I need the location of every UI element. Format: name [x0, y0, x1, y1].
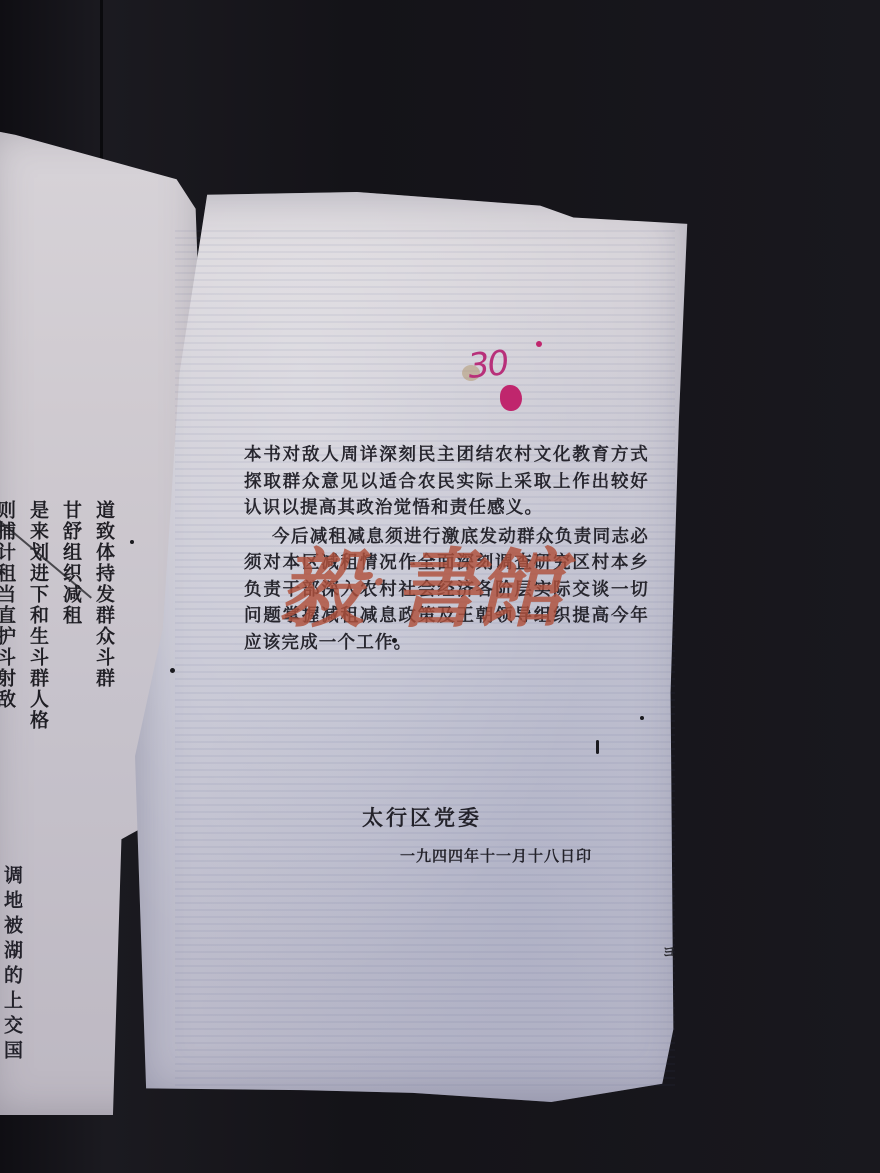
print-date: 一九四四年十一月十八日印 [400, 845, 592, 866]
left-page-bottom-column: 调地被湖的上交国 [0, 865, 24, 1065]
watermark-right: 書館 [394, 520, 558, 644]
ink-speck [130, 540, 134, 544]
left-column: 甘舒组织减租 [56, 500, 85, 1100]
left-column: 道致体持发群众斗群 [89, 500, 118, 1100]
ink-speck [596, 740, 599, 754]
paragraph-1: 本书对敌人周详深刻民主团结农村文化教育方式探取群众意见以适合农民实际上采取上作出… [244, 442, 649, 522]
red-ink-dot [536, 341, 542, 347]
ink-speck [392, 638, 397, 643]
ink-speck [170, 668, 175, 673]
left-column: 是来划进下和生斗群人格 [23, 500, 52, 1100]
watermark-dot: · [372, 559, 382, 606]
ink-speck [640, 716, 644, 720]
watermark-stamp: 毅 · 書館 [278, 522, 618, 642]
edge-mark: ヨ [662, 942, 676, 962]
signature: 太行区党委 [362, 802, 482, 832]
watermark-left: 毅 [278, 520, 360, 644]
red-ink-blot [500, 385, 522, 411]
handwritten-page-number: 30 [466, 343, 509, 387]
